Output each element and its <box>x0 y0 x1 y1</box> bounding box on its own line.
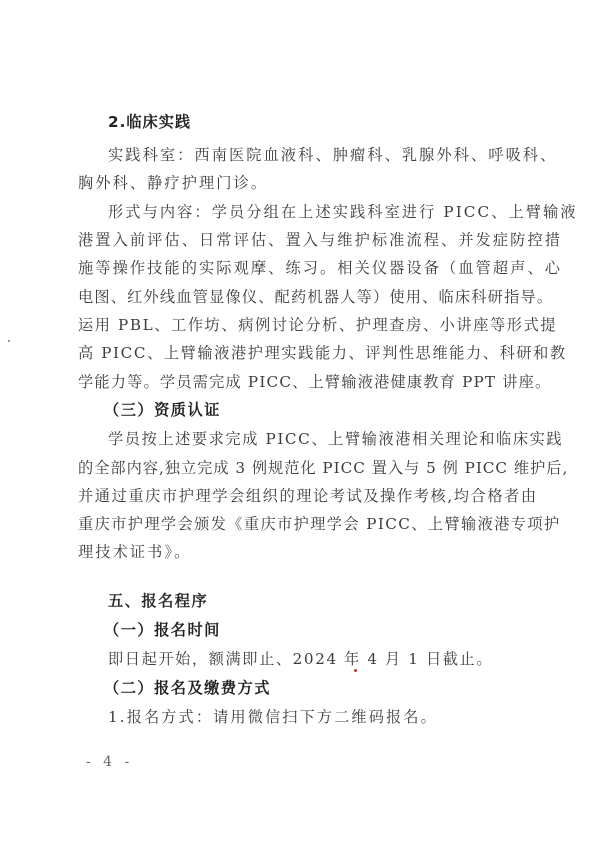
paragraph-line: 运用 PBL、工作坊、病例讨论分析、护理查房、小讲座等形式提 <box>78 315 518 335</box>
paragraph-line: 实践科室：西南医院血液科、肿瘤科、乳腺外科、呼吸科、 <box>108 145 548 165</box>
paragraph-line: 电图、红外线血管显像仪、配药机器人等）使用、临床科研指导。 <box>78 287 518 307</box>
ink-mark <box>354 669 357 672</box>
scan-speck <box>8 340 10 342</box>
paragraph-line: 重庆市护理学会颁发《重庆市护理学会 PICC、上臂输液港专项护 <box>78 514 518 534</box>
qualification-heading: （三）资质认证 <box>104 400 544 420</box>
clinical-practice-heading: 2.临床实践 <box>108 112 548 132</box>
registration-payment-text: 1.报名方式：请用微信扫下方二维码报名。 <box>108 707 548 727</box>
paragraph-line: 施等操作技能的实际观摩、练习。相关仪器设备（血管超声、心 <box>78 258 518 278</box>
paragraph-line: 形式与内容：学员分组在上述实践科室进行 PICC、上臂输液 <box>108 202 548 222</box>
page-number: - 4 - <box>86 754 133 770</box>
paragraph-line: 高 PICC、上臂输液港护理实践能力、评判性思维能力、科研和教 <box>78 343 518 363</box>
paragraph-line: 理技术证书》。 <box>78 542 518 562</box>
paragraph-line: 胸外科、静疗护理门诊。 <box>78 173 518 193</box>
paragraph-line: 学能力等。学员需完成 PICC、上臂输液港健康教育 PPT 讲座。 <box>78 372 518 392</box>
registration-time-text: 即日起开始，额满即止、2024 年 4 月 1 日截止。 <box>108 649 548 669</box>
paragraph-line: 并通过重庆市护理学会组织的理论考试及操作考核,均合格者由 <box>78 486 518 506</box>
paragraph-line: 的全部内容,独立完成 3 例规范化 PICC 置入与 5 例 PICC 维护后, <box>78 458 518 478</box>
paragraph-line: 学员按上述要求完成 PICC、上臂输液港相关理论和临床实践 <box>108 429 548 449</box>
document-page: 2.临床实践 实践科室：西南医院血液科、肿瘤科、乳腺外科、呼吸科、 胸外科、静疗… <box>0 0 596 842</box>
paragraph-line: 港置入前评估、日常评估、置入与维护标准流程、并发症防控措 <box>78 230 518 250</box>
registration-payment-heading: （二）报名及缴费方式 <box>104 678 544 698</box>
registration-time-heading: （一）报名时间 <box>104 620 544 640</box>
registration-heading: 五、报名程序 <box>108 591 548 611</box>
